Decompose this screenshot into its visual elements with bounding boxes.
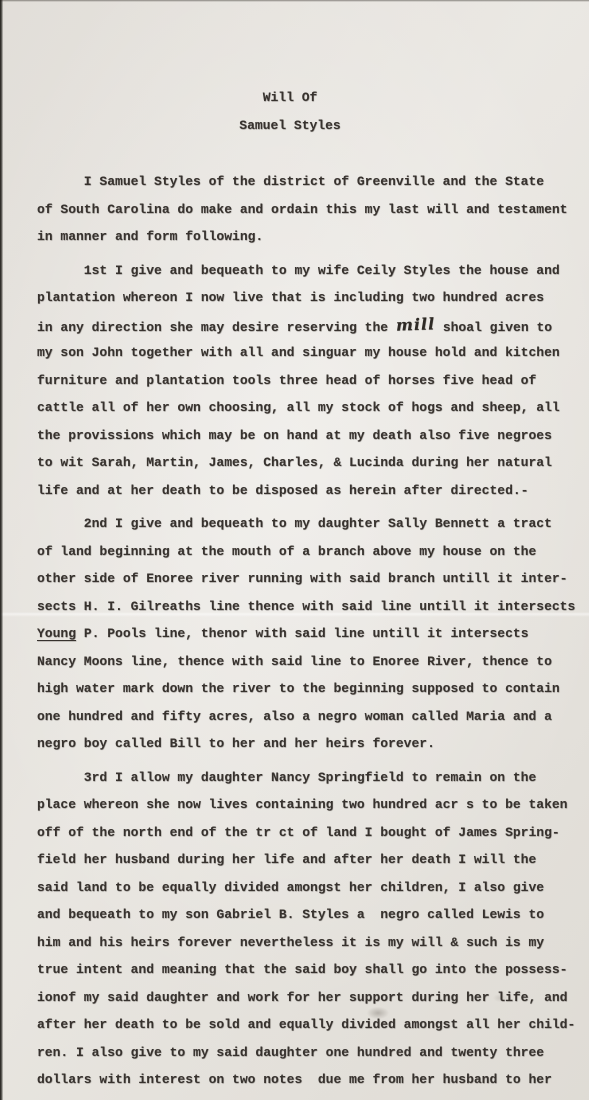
text-line: the provissions which may be on hand at … [37, 422, 571, 450]
text-line: after her death to be sold and equally d… [37, 1011, 571, 1039]
text-line: plantation whereon I now live that is in… [37, 284, 571, 312]
scan-edge-artifact-top [0, 0, 589, 2]
scan-edge-artifact-left [0, 0, 3, 1100]
text-line: dollars with interest on two notes due m… [37, 1066, 571, 1094]
text-line: of land beginning at the mouth of a bran… [37, 538, 571, 566]
bequest-3rd-lines: 3rd I allow my daughter Nancy Springfiel… [37, 764, 571, 1094]
mill-line-pre: in any direction she may desire reservin… [37, 320, 396, 335]
text-line: sects H. I. Gilreaths line thence with s… [37, 593, 571, 621]
text-line: I Samuel Styles of the district of Green… [37, 168, 571, 196]
text-line: my son John together with all and singua… [37, 339, 571, 367]
bequest-1st-lines-top: 1st I give and bequeath to my wife Ceily… [37, 257, 571, 312]
document-text-block: Will Of Samuel Styles I Samuel Styles of… [0, 0, 589, 1094]
text-line: life and at her death to be disposed as … [37, 477, 571, 505]
text-line: place whereon she now lives containing t… [37, 791, 571, 819]
text-line-with-handwriting: in any direction she may desire reservin… [37, 312, 571, 340]
text-line: other side of Enoree river running with … [37, 565, 571, 593]
text-line: furniture and plantation tools three hea… [37, 367, 571, 395]
text-line: him and his heirs forever nevertheless i… [37, 929, 571, 957]
bequest-2nd-lines-bottom: Nancy Moons line, thence with said line … [37, 648, 571, 758]
text-line: in manner and form following. [37, 223, 571, 251]
text-line: Nancy Moons line, thence with said line … [37, 648, 571, 676]
handwritten-mill-word: mill [395, 310, 435, 339]
young-line-rest: P. Pools line, thenor with said line unt… [76, 626, 528, 641]
text-line: 2nd I give and bequeath to my daughter S… [37, 510, 571, 538]
will-document-scan: Will Of Samuel Styles I Samuel Styles of… [0, 0, 589, 1100]
text-line: ren. I also give to my said daughter one… [37, 1039, 571, 1067]
text-line: off of the north end of the tr ct of lan… [37, 819, 571, 847]
underlined-young-word: Young [37, 626, 76, 641]
text-line: true intent and meaning that the said bo… [37, 956, 571, 984]
mill-line-post: shoal given to [435, 320, 552, 335]
text-line: field her husband during her life and af… [37, 846, 571, 874]
text-line: 1st I give and bequeath to my wife Ceily… [37, 257, 571, 285]
bequest-2nd-lines-top: 2nd I give and bequeath to my daughter S… [37, 510, 571, 620]
text-line: ionof my said daughter and work for her … [37, 984, 571, 1012]
bequest-paragraph-2nd: 2nd I give and bequeath to my daughter S… [37, 510, 571, 758]
text-line: one hundred and fifty acres, also a negr… [37, 703, 571, 731]
text-line-with-underline: Young P. Pools line, thenor with said li… [37, 620, 571, 648]
text-line: cattle all of her own choosing, all my s… [37, 394, 571, 422]
opening-paragraph-lines: I Samuel Styles of the district of Green… [37, 168, 571, 251]
text-line: to wit Sarah, Martin, James, Charles, & … [37, 449, 571, 477]
text-line: negro boy called Bill to her and her hei… [37, 730, 571, 758]
text-line: high water mark down the river to the be… [37, 675, 571, 703]
document-title-line2: Samuel Styles [23, 112, 557, 140]
document-title-line1: Will Of [23, 84, 557, 112]
opening-paragraph: I Samuel Styles of the district of Green… [37, 168, 571, 251]
text-line: of South Carolina do make and ordain thi… [37, 196, 571, 224]
bequest-1st-lines-bottom: my son John together with all and singua… [37, 339, 571, 504]
document-title: Will Of Samuel Styles [23, 84, 557, 139]
bequest-paragraph-1st: 1st I give and bequeath to my wife Ceily… [37, 257, 571, 505]
text-line: 3rd I allow my daughter Nancy Springfiel… [37, 764, 571, 792]
bequest-paragraph-3rd: 3rd I allow my daughter Nancy Springfiel… [37, 764, 571, 1094]
text-line: and bequeath to my son Gabriel B. Styles… [37, 901, 571, 929]
text-line: said land to be equally divided amongst … [37, 874, 571, 902]
